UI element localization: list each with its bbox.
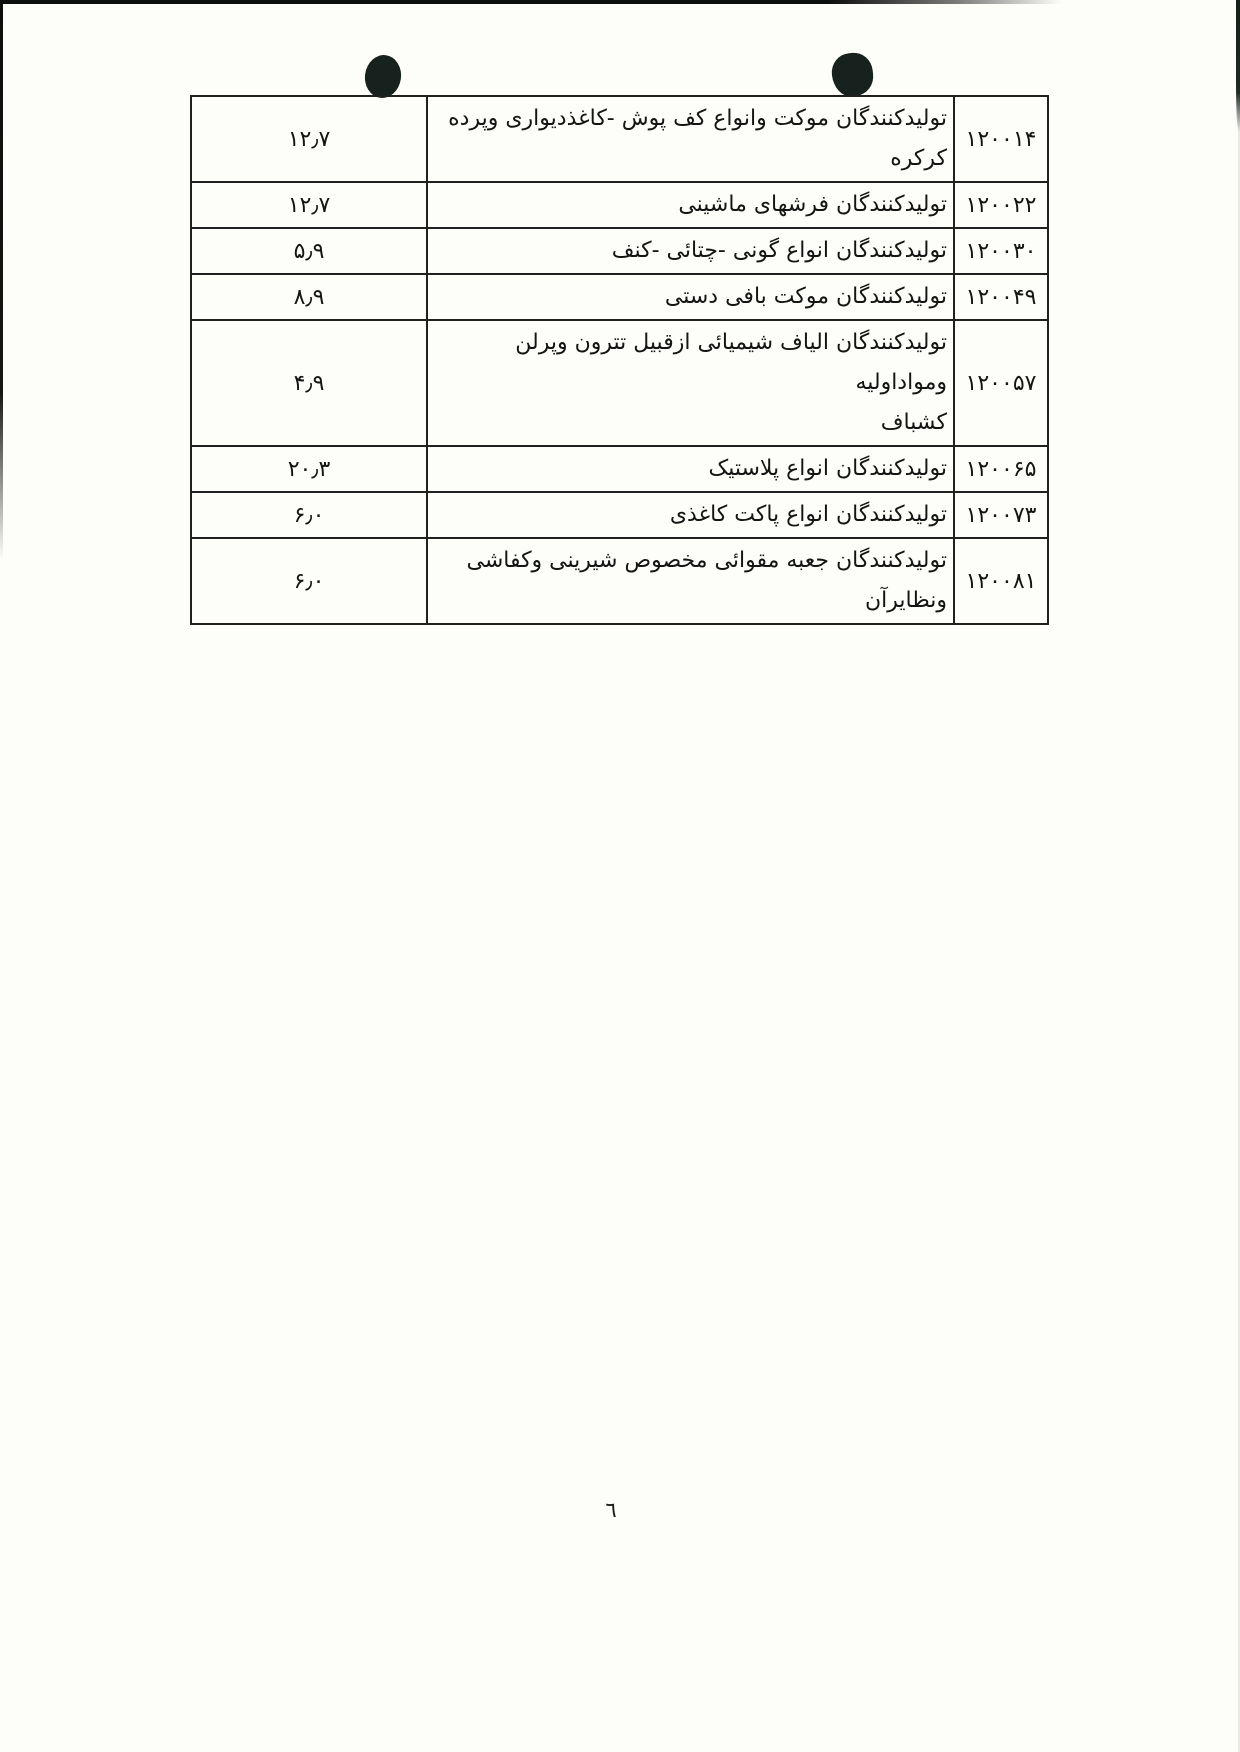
row-description: تولیدکنندگان انواع گونی -چتائی -کنف [427,228,954,274]
row-value: ۱۲٫۷ [191,182,427,228]
row-code: ۱۲۰۰۳۰ [954,228,1048,274]
row-code: ۱۲۰۰۲۲ [954,182,1048,228]
row-value: ۱۲٫۷ [191,96,427,182]
row-value: ۸٫۹ [191,274,427,320]
table-row: ۱۲۰۰۵۷ تولیدکنندگان الیاف شیمیائی ازقبیل… [191,320,1048,446]
page-number: ٦ [596,1498,626,1522]
row-value: ۶٫۰ [191,492,427,538]
scanned-document-page: ۱۲۰۰۱۴ تولیدکنندگان موکت وانواع کف پوش -… [0,0,1240,1752]
industry-codes-table: ۱۲۰۰۱۴ تولیدکنندگان موکت وانواع کف پوش -… [190,95,1049,625]
row-code: ۱۲۰۰۱۴ [954,96,1048,182]
row-description: تولیدکنندگان موکت وانواع کف پوش -کاغذدیو… [427,96,954,182]
industry-table-body: ۱۲۰۰۱۴ تولیدکنندگان موکت وانواع کف پوش -… [191,96,1048,624]
punch-hole-dot-right [830,51,875,98]
table-row: ۱۲۰۰۳۰ تولیدکنندگان انواع گونی -چتائی -ک… [191,228,1048,274]
row-description: تولیدکنندگان انواع پاکت کاغذی [427,492,954,538]
table-row: ۱۲۰۰۴۹ تولیدکنندگان موکت بافی دستی ۸٫۹ [191,274,1048,320]
row-description: تولیدکنندگان جعبه مقوائی مخصوص شیرینی وک… [427,538,954,624]
row-description: تولیدکنندگان موکت بافی دستی [427,274,954,320]
row-code: ۱۲۰۰۴۹ [954,274,1048,320]
table-row: ۱۲۰۰۱۴ تولیدکنندگان موکت وانواع کف پوش -… [191,96,1048,182]
table-row: ۱۲۰۰۶۵ تولیدکنندگان انواع پلاستیک ۲۰٫۳ [191,446,1048,492]
row-code: ۱۲۰۰۵۷ [954,320,1048,446]
scan-corner-mark [1236,0,1240,132]
row-description: تولیدکنندگان الیاف شیمیائی ازقبیل تترون … [427,320,954,446]
punch-hole-dot-left [362,53,404,101]
row-description: تولیدکنندگان انواع پلاستیک [427,446,954,492]
table-row: ۱۲۰۰۲۲ تولیدکنندگان فرشهای ماشینی ۱۲٫۷ [191,182,1048,228]
row-code: ۱۲۰۰۸۱ [954,538,1048,624]
table-row: ۱۲۰۰۷۳ تولیدکنندگان انواع پاکت کاغذی ۶٫۰ [191,492,1048,538]
scan-edge-top [0,0,1062,4]
row-value: ۵٫۹ [191,228,427,274]
row-value: ۲۰٫۳ [191,446,427,492]
row-value: ۴٫۹ [191,320,427,446]
row-value: ۶٫۰ [191,538,427,624]
row-description: تولیدکنندگان فرشهای ماشینی [427,182,954,228]
table-row: ۱۲۰۰۸۱ تولیدکنندگان جعبه مقوائی مخصوص شی… [191,538,1048,624]
scan-edge-left [0,0,3,560]
row-code: ۱۲۰۰۶۵ [954,446,1048,492]
row-code: ۱۲۰۰۷۳ [954,492,1048,538]
